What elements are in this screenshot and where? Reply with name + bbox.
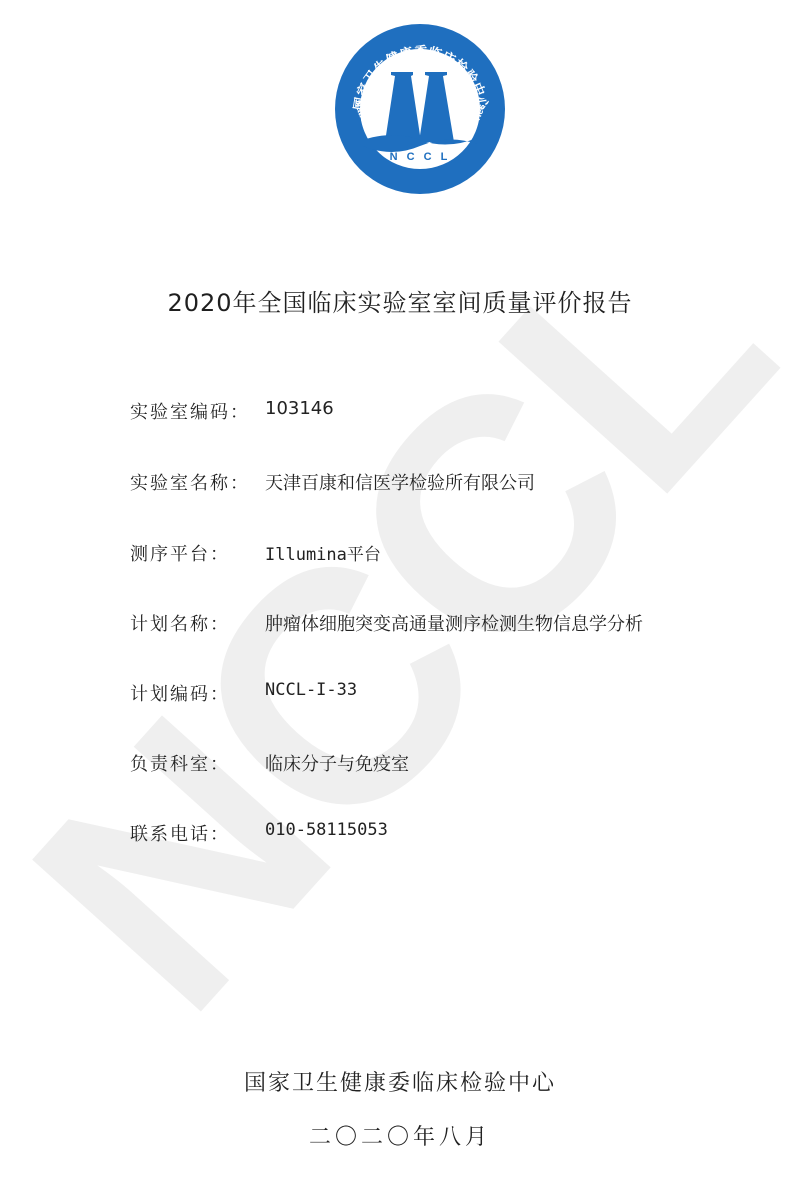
field-value: NCCL-I-33 xyxy=(265,680,357,700)
issue-date: 二〇二〇年八月 xyxy=(0,1120,800,1151)
field-value: 临床分子与免疫室 xyxy=(265,750,409,776)
field-label: 测序平台： xyxy=(130,540,230,566)
field-label: 联系电话： xyxy=(130,820,230,846)
field-label: 实验室编码： xyxy=(130,398,250,424)
nccl-logo: 国家卫生健康委临床检验中心 National Center for Clinic… xyxy=(333,22,507,196)
field-value: 天津百康和信医学检验所有限公司 xyxy=(265,469,535,495)
field-value: Illumina平台 xyxy=(265,540,381,565)
field-label: 计划编码： xyxy=(130,680,230,706)
svg-text:N C C L: N C C L xyxy=(390,151,451,163)
field-value: 010-58115053 xyxy=(265,820,388,840)
nccl-logo-icon: 国家卫生健康委临床检验中心 National Center for Clinic… xyxy=(333,22,507,196)
field-label: 实验室名称： xyxy=(130,469,250,495)
field-label: 计划名称： xyxy=(130,610,230,636)
issuing-organization: 国家卫生健康委临床检验中心 xyxy=(0,1066,800,1097)
field-label: 负责科室： xyxy=(130,750,230,776)
report-title: 2020年全国临床实验室室间质量评价报告 xyxy=(0,283,800,318)
field-value: 103146 xyxy=(265,398,334,419)
field-value: 肿瘤体细胞突变高通量测序检测生物信息学分析 xyxy=(265,610,643,636)
